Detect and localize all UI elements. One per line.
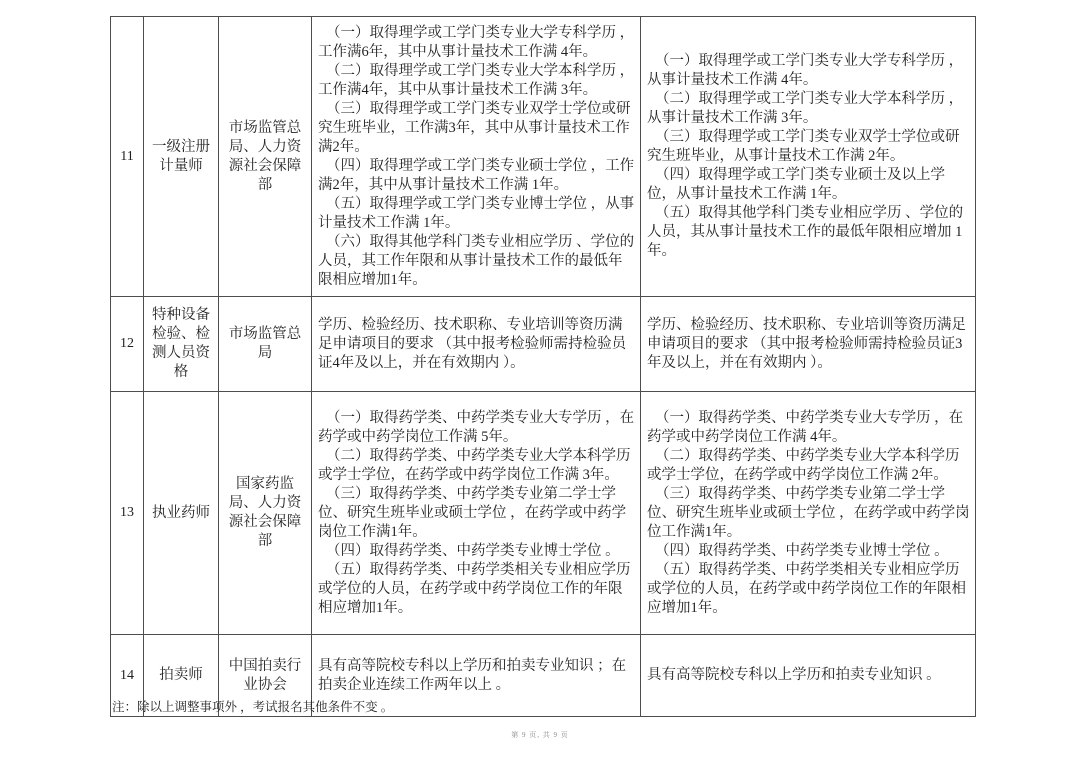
new-requirements-cell: 学历、检验经历、技术职称、专业培训等资历满足申请项目的要求 （其中报考检验师需持…: [641, 297, 976, 392]
old-requirement-item: （四）取得药学类、中药学类专业博士学位 。: [318, 542, 635, 561]
table-row: 12 特种设备检验、检测人员资格 市场监管总局 学历、检验经历、技术职称、专业培…: [111, 297, 976, 392]
qualification-name: 执业药师: [144, 392, 219, 635]
qualification-name: 一级注册计量师: [144, 17, 219, 297]
qualification-table: 11 一级注册计量师 市场监管总局、人力资源社会保障部 （一）取得理学或工学门类…: [110, 16, 976, 717]
new-requirement-item: （二）取得理学或工学门类专业大学本科学历 ，从事计量技术工作满 3年。: [647, 90, 970, 128]
old-requirements-cell: （一）取得药学类、中药学类专业大专学历 ，在药学或中药学岗位工作满 5年。 （二…: [312, 392, 641, 635]
new-requirement-item: （一）取得药学类、中药学类专业大专学历 ，在药学或中药学岗位工作满 4年。: [647, 409, 970, 447]
new-requirements-cell: 具有高等院校专科以上学历和拍卖专业知识 。: [641, 635, 976, 717]
new-requirement-item: （四）取得药学类、中药学类专业博士学位 。: [647, 542, 970, 561]
page-number: 第 9 页, 共 9 页: [0, 730, 1080, 740]
document-page: 11 一级注册计量师 市场监管总局、人力资源社会保障部 （一）取得理学或工学门类…: [0, 0, 1080, 764]
old-requirement-item: （五）取得理学或工学门类专业博士学位 ，从事计量技术工作满 1年。: [318, 195, 635, 233]
old-requirements-cell: （一）取得理学或工学门类专业大学专科学历 ，工作满6年，其中从事计量技术工作满 …: [312, 17, 641, 297]
row-number: 12: [111, 297, 144, 392]
old-requirement-item: （三）取得药学类、中药学类专业第二学士学位、研究生班毕业或硕士学位 ，在药学或中…: [318, 485, 635, 542]
issuing-authority: 市场监管总局: [219, 297, 312, 392]
footnote: 注：除以上调整事项外 ，考试报名其他条件不变 。: [112, 699, 393, 715]
new-requirement-item: （一）取得理学或工学门类专业大学专科学历 ，从事计量技术工作满 4年。: [647, 52, 970, 90]
new-requirement-item: 具有高等院校专科以上学历和拍卖专业知识 。: [647, 666, 970, 685]
old-requirement-item: （二）取得药学类、中药学类专业大学本科学历或学士学位，在药学或中药学岗位工作满 …: [318, 447, 635, 485]
row-number: 13: [111, 392, 144, 635]
new-requirement-item: （二）取得药学类、中药学类专业大学本科学历或学士学位，在药学或中药学岗位工作满 …: [647, 447, 970, 485]
old-requirement-item: （三）取得理学或工学门类专业双学士学位或研究生班毕业，工作满3年，其中从事计量技…: [318, 100, 635, 157]
old-requirements-cell: 学历、检验经历、技术职称、专业培训等资历满足申请项目的要求 （其中报考检验师需持…: [312, 297, 641, 392]
new-requirement-item: （三）取得药学类、中药学类专业第二学士学位、研究生班毕业或硕士学位 ，在药学或中…: [647, 485, 970, 542]
row-number: 11: [111, 17, 144, 297]
new-requirement-item: （五）取得其他学科门类专业相应学历 、学位的人员，其从事计量技术工作的最低年限相…: [647, 204, 970, 261]
new-requirements-cell: （一）取得理学或工学门类专业大学专科学历 ，从事计量技术工作满 4年。 （二）取…: [641, 17, 976, 297]
new-requirement-item: 学历、检验经历、技术职称、专业培训等资历满足申请项目的要求 （其中报考检验师需持…: [647, 316, 970, 373]
qualification-name: 特种设备检验、检测人员资格: [144, 297, 219, 392]
old-requirement-item: （一）取得理学或工学门类专业大学专科学历 ，工作满6年，其中从事计量技术工作满 …: [318, 24, 635, 62]
table-row: 13 执业药师 国家药监局、人力资源社会保障部 （一）取得药学类、中药学类专业大…: [111, 392, 976, 635]
old-requirement-item: （五）取得药学类、中药学类相关专业相应学历或学位的人员，在药学或中药学岗位工作的…: [318, 561, 635, 618]
new-requirement-item: （五）取得药学类、中药学类相关专业相应学历或学位的人员，在药学或中药学岗位工作的…: [647, 561, 970, 618]
old-requirement-item: （二）取得理学或工学门类专业大学本科学历 ，工作满4年，其中从事计量技术工作满 …: [318, 62, 635, 100]
new-requirements-cell: （一）取得药学类、中药学类专业大专学历 ，在药学或中药学岗位工作满 4年。 （二…: [641, 392, 976, 635]
old-requirement-item: 学历、检验经历、技术职称、专业培训等资历满足申请项目的要求 （其中报考检验师需持…: [318, 316, 635, 373]
old-requirement-item: 具有高等院校专科以上学历和拍卖专业知识 ；在拍卖企业连续工作两年以上 。: [318, 657, 635, 695]
issuing-authority: 国家药监局、人力资源社会保障部: [219, 392, 312, 635]
old-requirement-item: （六）取得其他学科门类专业相应学历 、学位的人员，其工作年限和从事计量技术工作的…: [318, 233, 635, 290]
old-requirement-item: （一）取得药学类、中药学类专业大专学历 ，在药学或中药学岗位工作满 5年。: [318, 409, 635, 447]
issuing-authority: 市场监管总局、人力资源社会保障部: [219, 17, 312, 297]
table-row: 11 一级注册计量师 市场监管总局、人力资源社会保障部 （一）取得理学或工学门类…: [111, 17, 976, 297]
new-requirement-item: （三）取得理学或工学门类专业双学士学位或研究生班毕业，从事计量技术工作满 2年。: [647, 128, 970, 166]
old-requirement-item: （四）取得理学或工学门类专业硕士学位 ，工作满2年，其中从事计量技术工作满 1年…: [318, 157, 635, 195]
new-requirement-item: （四）取得理学或工学门类专业硕士及以上学位，从事计量技术工作满 1年。: [647, 166, 970, 204]
